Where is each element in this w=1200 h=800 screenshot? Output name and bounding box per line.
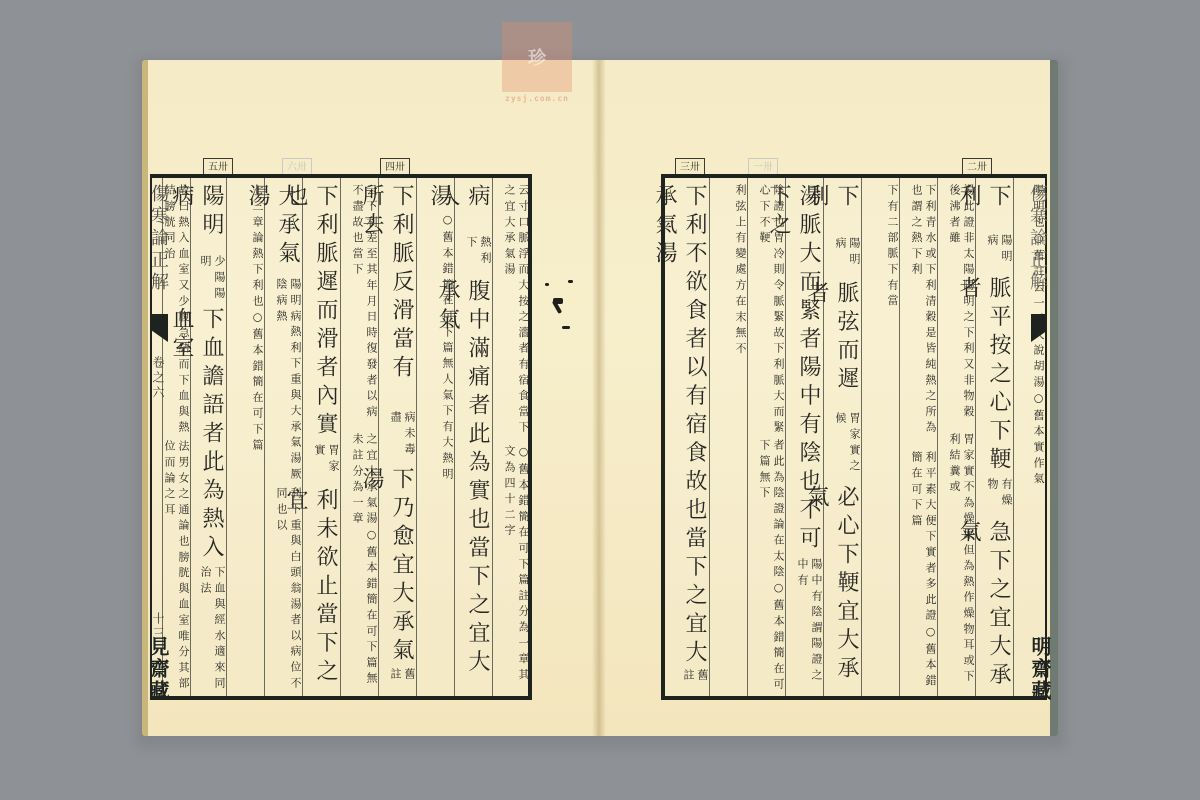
left-publisher-mark: 見齋藏: [144, 636, 173, 702]
text-column: 下有二部脈下有當: [861, 178, 899, 696]
right-publisher-mark: 明齋藏: [1026, 636, 1055, 702]
text-column: 下利脈遲而滑者內實也 胃家實 利未欲止當下之宜: [302, 178, 340, 696]
text-column: 陽明病 少陽陽明 下血譫語者此為熱入血室 下血與經水適來同治法: [190, 178, 226, 696]
text-column: 下利不欲食者以有宿食故也當下之宜大承氣湯 舊註: [669, 178, 709, 696]
text-column: 云寸口脈浮而大按之濇者有宿食當下之宜大承氣湯○舊本錯簡在可下篇註分為一章其文為四…: [492, 178, 530, 696]
left-margin-title: 傷寒論正解: [145, 184, 171, 294]
volume-label: 卷之六: [150, 356, 167, 401]
text-column: 七三章論熱下利也○舊本錯簡在可下篇: [226, 178, 264, 696]
text-column: 湯脈大而緊者陽中有陰也不可下之 陽中有陰謂陽證之中有: [785, 178, 823, 696]
ink-stain: [568, 280, 573, 283]
text-column: 病人 熱利下 腹中滿痛者此為實也當下之宜大承氣: [454, 178, 492, 696]
book-spread: 珍 zysj.com.cn 五卅 六卅 四卅 三卅 一卅 二卅 云寸口脈浮而大按…: [0, 0, 1200, 800]
text-column: 大承氣湯 陽明病熱利下重與大承氣湯厥陰病熱利下重與白頭翁湯者以病位不同也以: [264, 178, 302, 696]
text-column: 湯此證非太陽陽明之下利又非物穀後沸者雖胃家實不為燥屎但為熱作燥物耳或下利結糞或: [937, 178, 975, 696]
ink-stain: [562, 326, 570, 329]
text-column: 湯 ○舊本錯簡在可下篇無人氣下有大熱明: [416, 178, 454, 696]
book-gutter: [592, 60, 606, 736]
watermark-mark: 珍: [528, 44, 546, 70]
watermark-seal: 珍 zysj.com.cn: [502, 22, 572, 92]
right-margin-title: 傷寒論正解: [1024, 184, 1050, 294]
text-column: 云下利差至其年月日時復發者以病不盡故也當下之宜大承氣湯○舊本錯簡在可下篇無未註分…: [340, 178, 378, 696]
left-text-frame: 云寸口脈浮而大按之濇者有宿食當下之宜大承氣湯○舊本錯簡在可下篇註分為一章其文為四…: [150, 174, 532, 700]
ink-stain: [545, 283, 549, 286]
text-column: 下利 陽明病 脈平按之心下鞕者 有燥物 急下之宜大承氣: [975, 178, 1013, 696]
text-column: 下利脈反滑當有所去 病未毒盡 下乃愈宜大承氣湯 舊註: [378, 178, 416, 696]
text-column: 下利 陽明病 脈弦而遲者 胃家實之候 必心下鞕宜大承氣: [823, 178, 861, 696]
watermark-url: zysj.com.cn: [505, 94, 569, 103]
text-column: 利弦上有變處方在末無不: [709, 178, 747, 696]
text-column: 陰證也胃冷則令脈緊故下利脈大而緊心下不鞕者此為陰證論在太陰○舊本錯簡在可下篇無下: [747, 178, 785, 696]
right-text-frame: 陽明也○舊註云一云大說胡湯○舊本實作氣 下利 陽明病 脈平按之心下鞕者 有燥物 …: [661, 174, 1047, 700]
text-column: 下利青水或下利清穀是皆純熱之所為也謂之熱下利利平素大便下實者多此證○舊本錯簡在可…: [899, 178, 937, 696]
